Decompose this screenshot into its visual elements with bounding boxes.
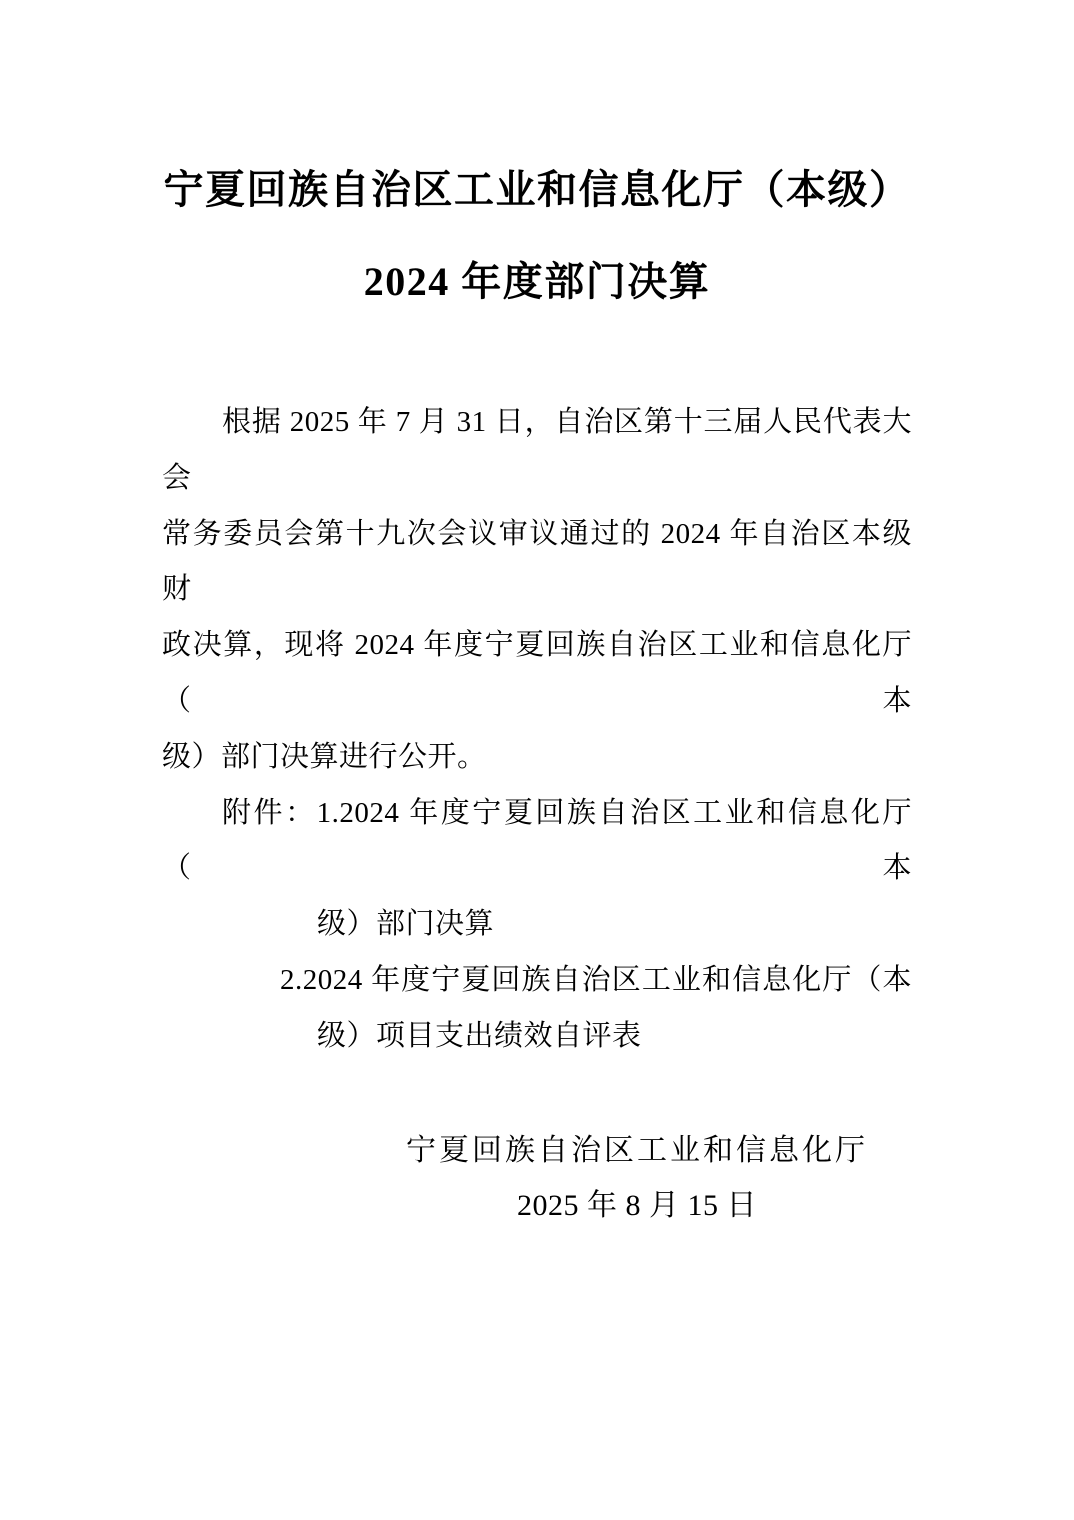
- signature-block: 宁夏回族自治区工业和信息化厅 2025 年 8 月 15 日: [406, 1123, 868, 1235]
- signature-date: 2025 年 8 月 15 日: [406, 1178, 868, 1234]
- body-line-3: 政决算，现将 2024 年度宁夏回族自治区工业和信息化厅（本: [162, 618, 912, 730]
- attachment-line-2: 级）部门决算: [162, 897, 912, 953]
- body-paragraphs: 根据 2025 年 7 月 31 日，自治区第十三届人民代表大会 常务委员会第十…: [162, 395, 912, 1065]
- signature-organization: 宁夏回族自治区工业和信息化厅: [406, 1123, 868, 1179]
- body-line-2: 常务委员会第十九次会议审议通过的 2024 年自治区本级财: [162, 507, 912, 619]
- document-content: 宁夏回族自治区工业和信息化厅（本级） 2024 年度部门决算 根据 2025 年…: [0, 162, 1074, 1234]
- body-line-1: 根据 2025 年 7 月 31 日，自治区第十三届人民代表大会: [162, 395, 912, 507]
- document-page: 宁夏回族自治区工业和信息化厅（本级） 2024 年度部门决算 根据 2025 年…: [0, 0, 1074, 1520]
- attachment-line-1: 附件：1.2024 年度宁夏回族自治区工业和信息化厅（本: [162, 786, 912, 898]
- attachment-line-4: 级）项目支出绩效自评表: [162, 1009, 912, 1065]
- document-title-line-2: 2024 年度部门决算: [162, 254, 912, 310]
- document-title-line-1: 宁夏回族自治区工业和信息化厅（本级）: [162, 162, 912, 218]
- attachment-line-3: 2.2024 年度宁夏回族自治区工业和信息化厅（本: [162, 953, 912, 1009]
- body-line-4: 级）部门决算进行公开。: [162, 730, 912, 786]
